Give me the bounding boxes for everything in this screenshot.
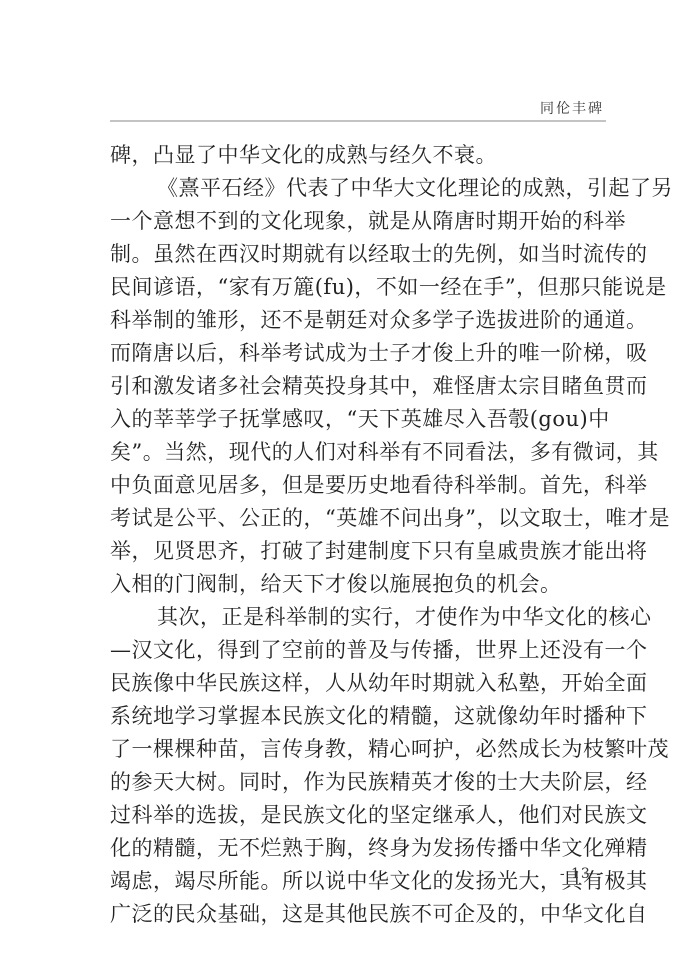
text-line: 广泛的民众基础，这是其他民族不可企及的，中华文化自 [110, 899, 606, 932]
text-line: 了一棵棵种苗，言传身教，精心呵护，必然成长为枝繁叶茂 [110, 734, 606, 767]
text-line: 的参天大树。同时，作为民族精英才俊的士大夫阶层，经 [110, 767, 606, 800]
text-line: 系统地学习掌握本民族文化的精髓，这就像幼年时播种下 [110, 701, 606, 734]
text-line: —汉文化，得到了空前的普及与传播，世界上还没有一个 [110, 635, 606, 668]
text-line: 考试是公平、公正的，“英雄不问出身”，以文取士，唯才是 [110, 503, 606, 536]
text-line: 民间谚语，“家有万簏(fu)，不如一经在手”，但那只能说是 [110, 272, 606, 305]
running-head: 同伦丰碑 [540, 98, 604, 118]
text-line: 其次，正是科举制的实行，才使作为中华文化的核心 [110, 602, 606, 635]
text-line: 一个意想不到的文化现象，就是从隋唐时期开始的科举 [110, 206, 606, 239]
text-line: 而隋唐以后，科举考试成为士子才俊上升的唯一阶梯，吸 [110, 338, 606, 371]
text-line: 矣”。当然，现代的人们对科举有不同看法，多有微词，其 [110, 437, 606, 470]
text-line: 举，见贤思齐，打破了封建制度下只有皇戚贵族才能出将 [110, 536, 606, 569]
text-line: 引和激发诸多社会精英投身其中，难怪唐太宗目睹鱼贯而 [110, 371, 606, 404]
body-text: 碑，凸显了中华文化的成熟与经久不衰。《熹平石经》代表了中华大文化理论的成熟，引起… [110, 140, 606, 932]
text-line: 碑，凸显了中华文化的成熟与经久不衰。 [110, 140, 606, 173]
text-line: 竭虑，竭尽所能。所以说中华文化的发扬光大，具有极其 [110, 866, 606, 899]
text-line: 过科举的选拔，是民族文化的坚定继承人，他们对民族文 [110, 800, 606, 833]
text-line: 化的精髓，无不烂熟于胸，终身为发扬传播中华文化殚精 [110, 833, 606, 866]
text-line: 入的莘莘学子抚掌感叹，“天下英雄尽入吾彀(gou)中 [110, 404, 606, 437]
text-line: 入相的门阀制，给天下才俊以施展抱负的机会。 [110, 569, 606, 602]
text-line: 民族像中华民族这样，人从幼年时期就入私塾，开始全面 [110, 668, 606, 701]
header-rule [110, 120, 606, 122]
text-line: 中负面意见居多，但是要历史地看待科举制。首先，科举 [110, 470, 606, 503]
text-line: 制。虽然在西汉时期就有以经取士的先例，如当时流传的 [110, 239, 606, 272]
page-number: - 13 - [560, 866, 602, 882]
text-line: 《熹平石经》代表了中华大文化理论的成熟，引起了另 [110, 173, 606, 206]
text-line: 科举制的雏形，还不是朝廷对众多学子选拔进阶的通道。 [110, 305, 606, 338]
